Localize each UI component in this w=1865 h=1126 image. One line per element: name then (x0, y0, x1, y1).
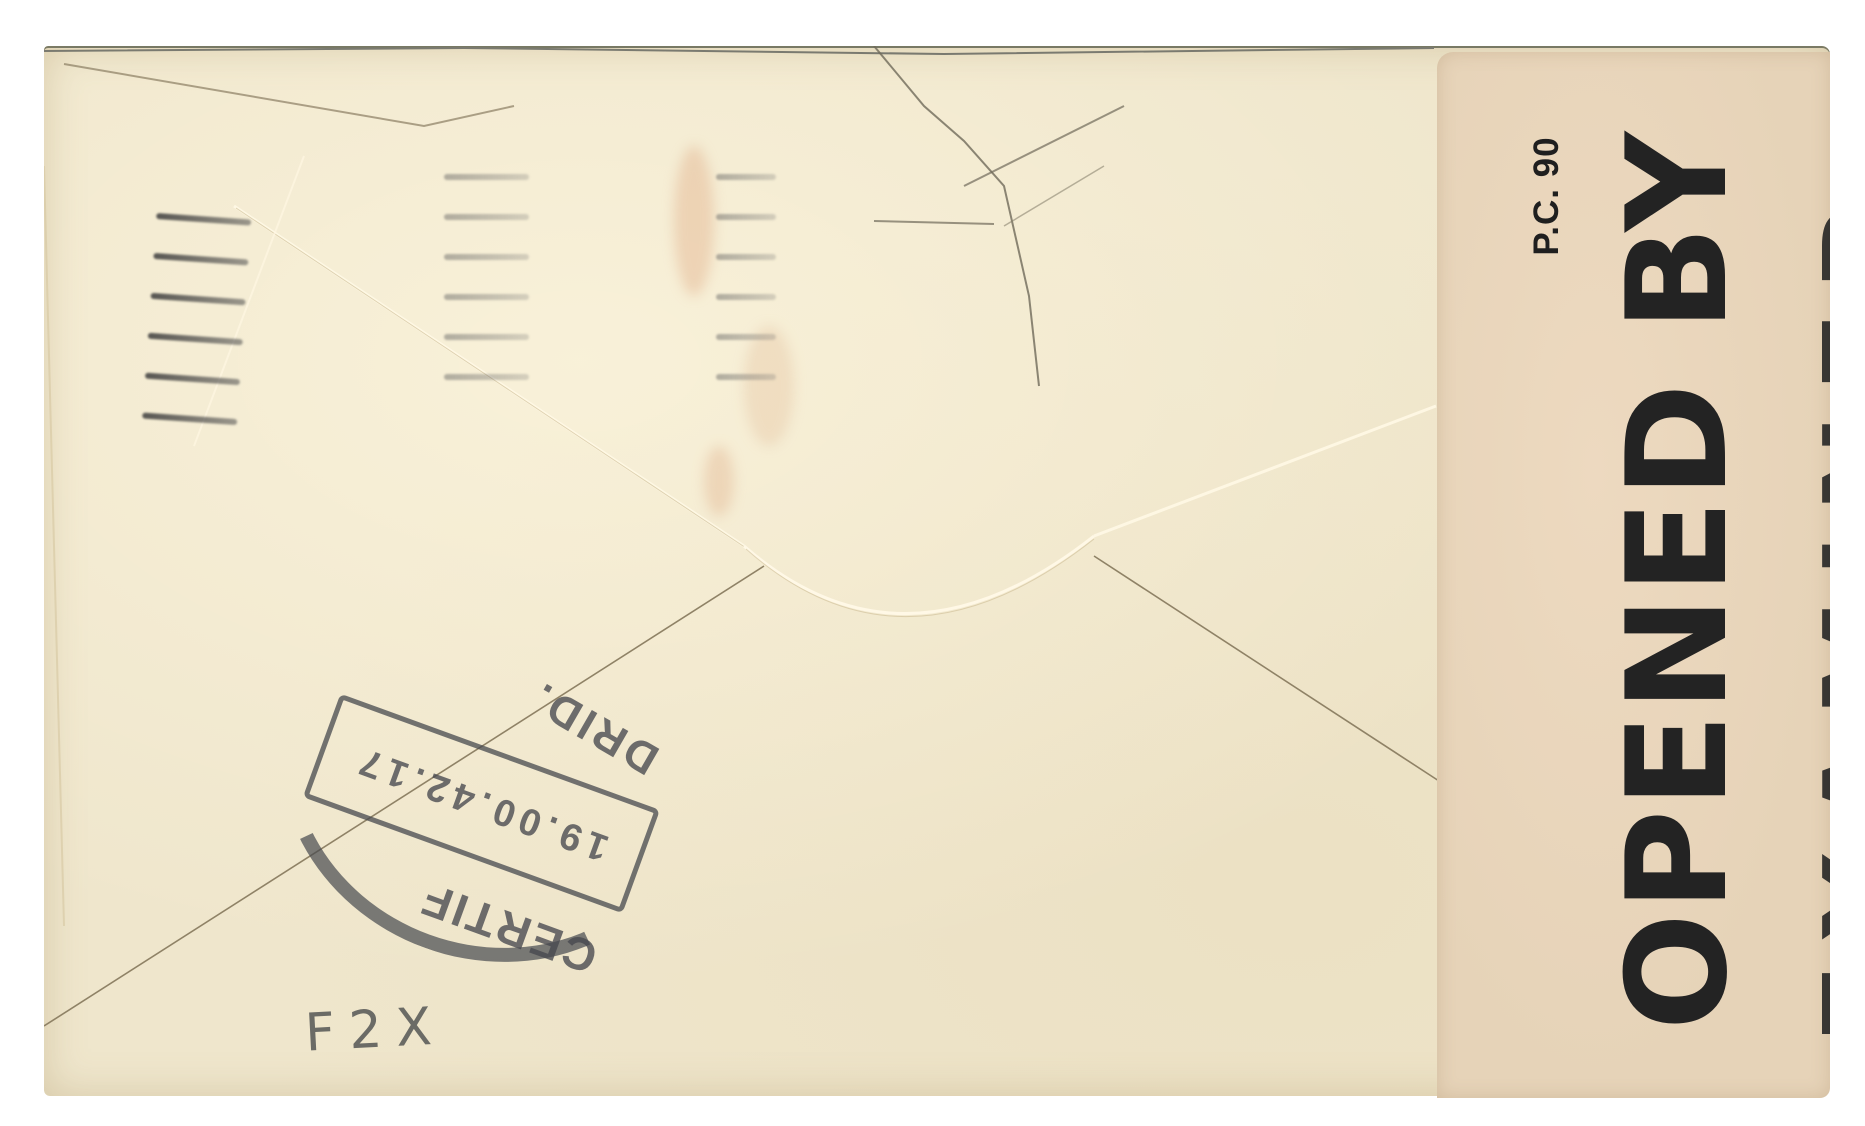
stain (704, 446, 734, 516)
censor-partial-line: EXAMINER (1815, 105, 1830, 1045)
censor-title: OPENED BY (1618, 110, 1738, 1050)
killer-cancel-bars-faint (716, 174, 776, 414)
pencil-note: F2X (304, 996, 448, 1063)
censor-code: P.C. 90 (1527, 121, 1567, 271)
photo-frame: CERTIF 19.00.42.17 DRID. F2X P.C. 90 OPE… (0, 0, 1830, 1126)
stain (674, 146, 714, 296)
killer-cancel-bars-faint (444, 174, 529, 414)
killer-cancel-bars (140, 213, 252, 459)
